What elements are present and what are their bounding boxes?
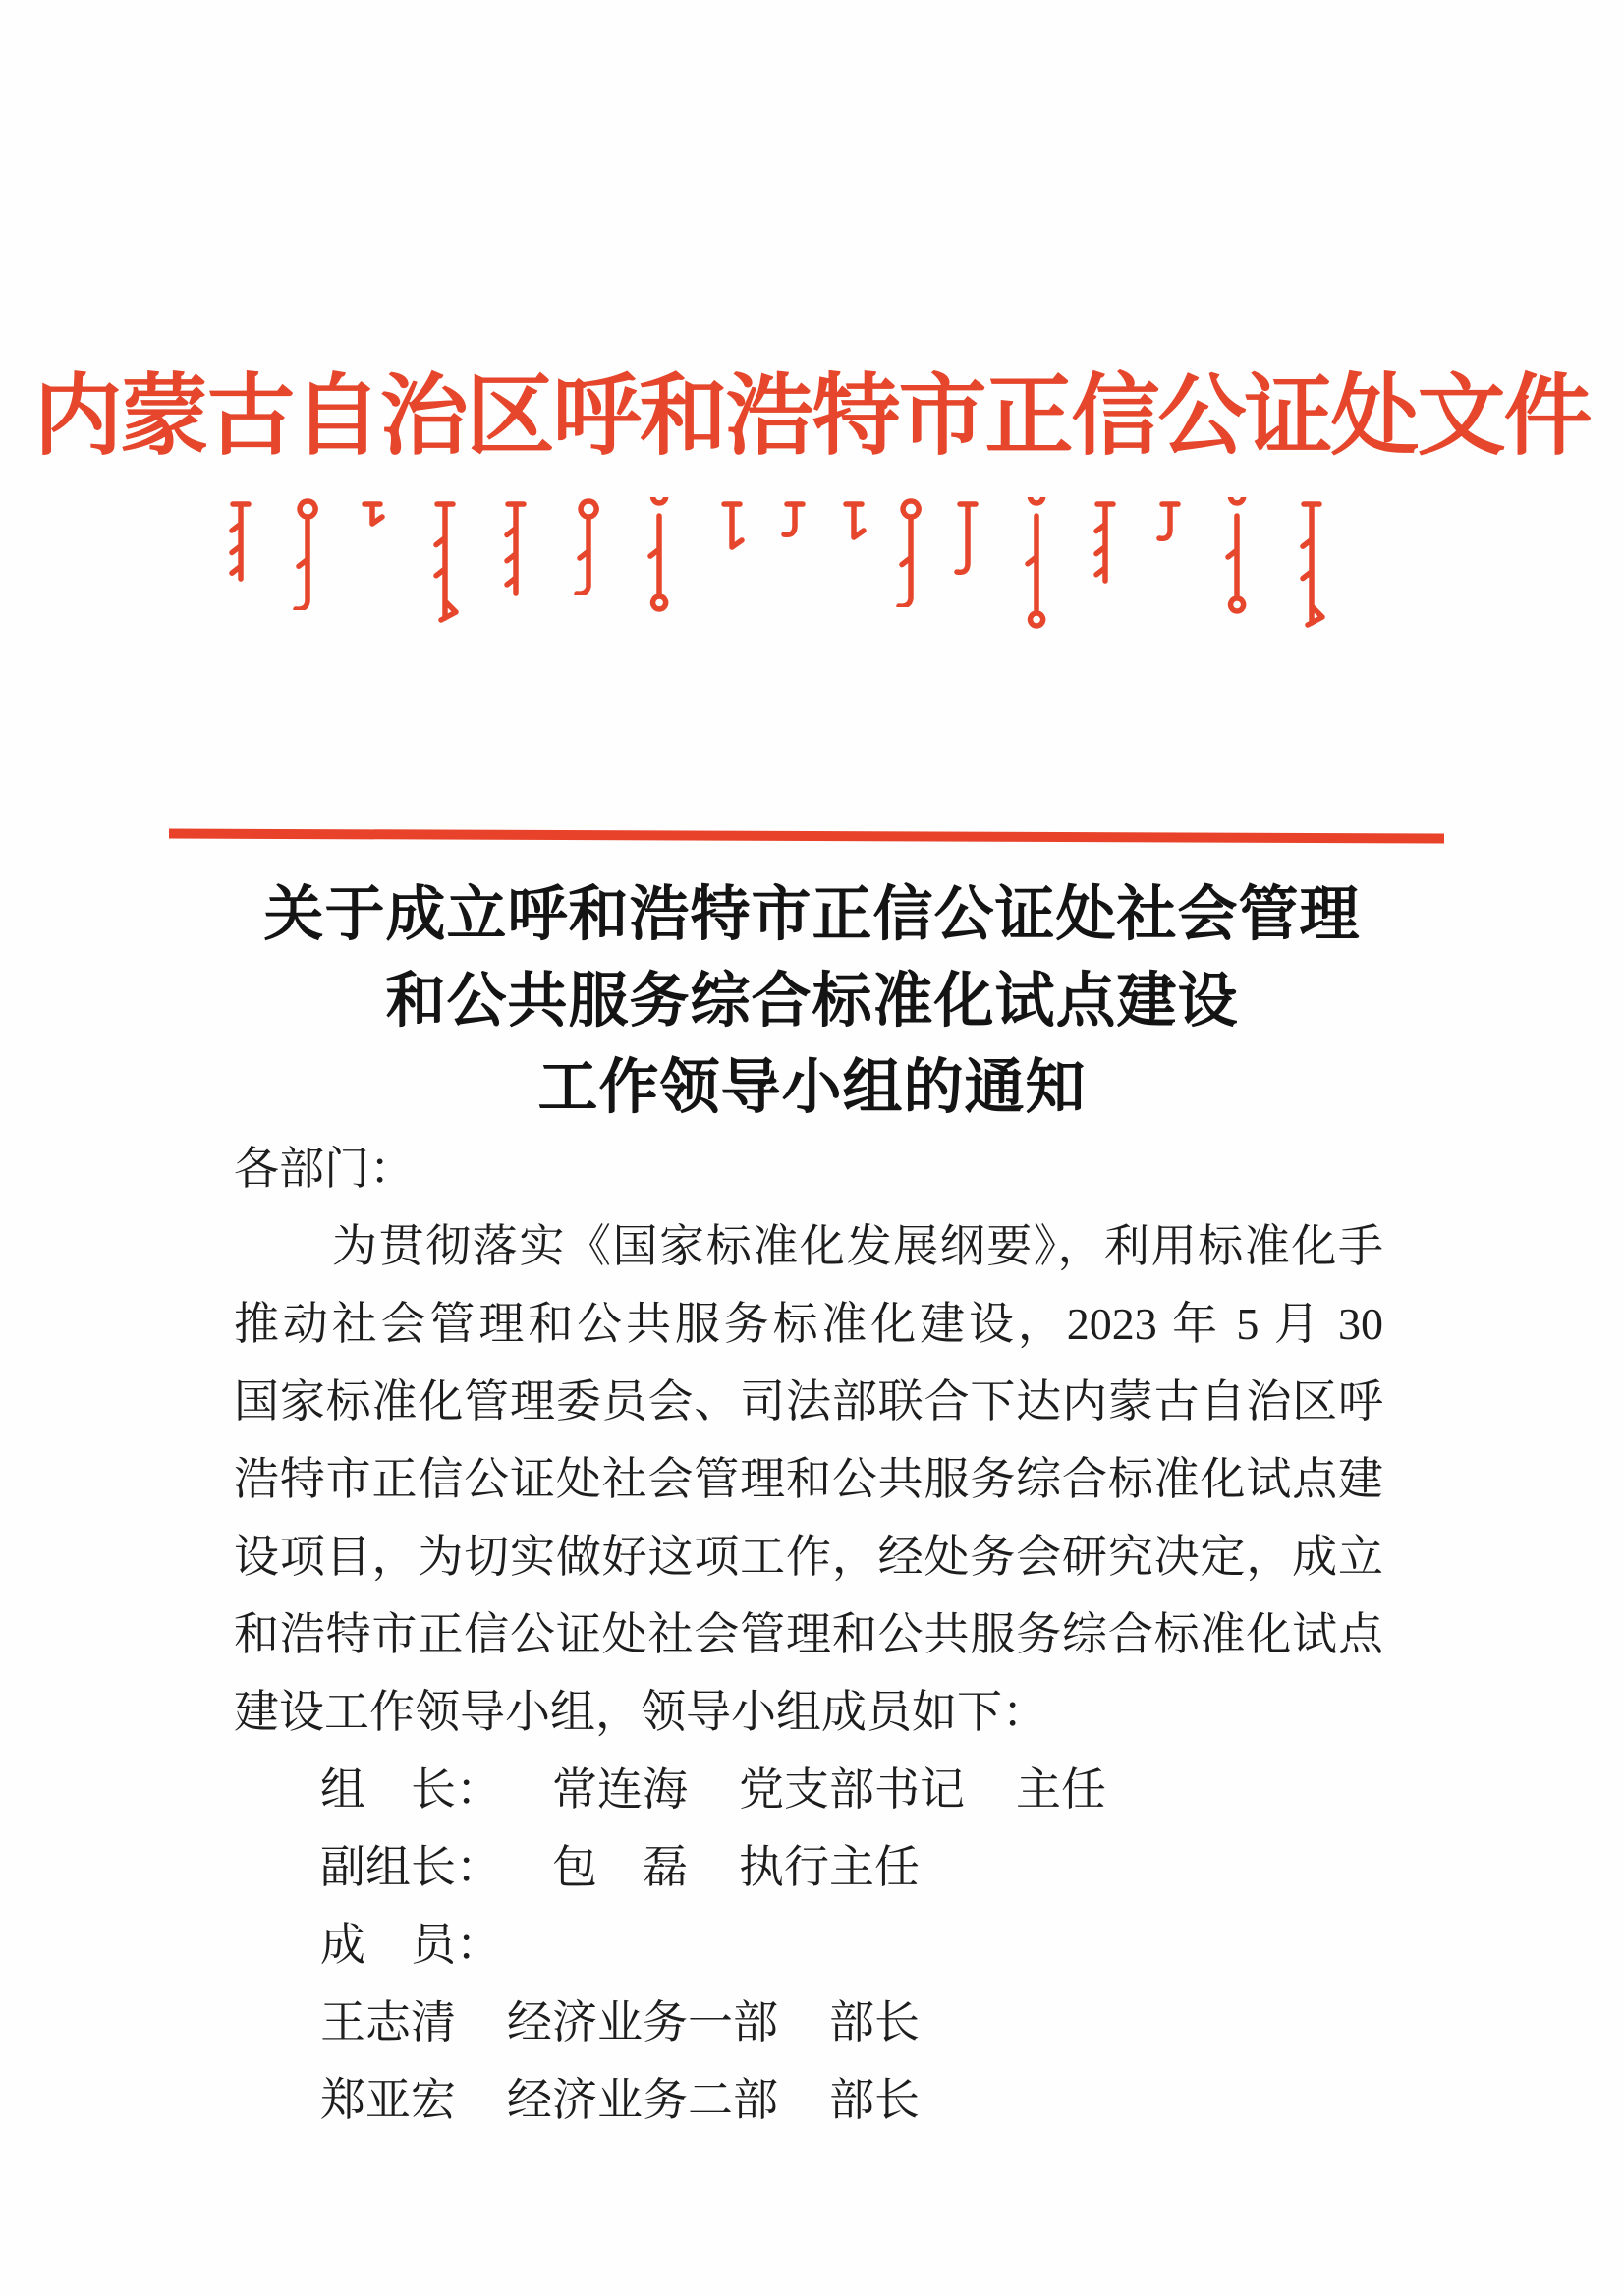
roster-part: 常连海: [552, 1751, 688, 1828]
body-line: 推动社会管理和公共服务标准化建设，2023 年 5 月 30 日，: [234, 1285, 1383, 1363]
roster-part: 组 长：: [320, 1751, 501, 1828]
document-title: 关于成立呼和浩特市正信公证处社会管理 和公共服务综合标准化试点建设 工作领导小组…: [0, 872, 1624, 1132]
mongolian-script-glyph: [1020, 497, 1053, 630]
roster-row: 王志清经济业务一部部长: [234, 1984, 1383, 2061]
letterhead-red-rule: [169, 829, 1444, 844]
roster-part: 部长: [829, 1984, 920, 2061]
scanned-document-page: 内蒙古自治区呼和浩特市正信公证处文件 关于成立呼和浩特市正信公证处社会管理 和公…: [0, 0, 1624, 2296]
mongolian-script-glyph: [778, 497, 812, 538]
mongolian-script-glyph: [715, 497, 749, 556]
roster-part: 经济业务一部: [507, 1984, 778, 2061]
mongolian-script-glyph: [428, 497, 462, 625]
roster-part: 执行主任: [739, 1828, 920, 1906]
body-line: 国家标准化管理委员会、司法部联合下达内蒙古自治区呼和: [234, 1363, 1383, 1440]
mongolian-script-glyph: [291, 497, 324, 610]
roster-part: 成 员：: [320, 1906, 501, 1984]
roster-part: 经济业务二部: [507, 2061, 778, 2139]
mongolian-script-glyph: [499, 497, 532, 600]
mongolian-script-glyph: [1089, 497, 1122, 588]
roster-row: 组 长：常连海党支部书记主任: [234, 1751, 1383, 1828]
salutation: 各部门：: [234, 1130, 1383, 1207]
mongolian-script-glyph: [951, 497, 984, 576]
document-title-line-1: 关于成立呼和浩特市正信公证处社会管理: [0, 872, 1624, 959]
roster-part: 王志清: [320, 1984, 456, 2061]
roster-row: 副组长：包 磊执行主任: [234, 1828, 1383, 1906]
body-line: 建设工作领导小组，领导小组成员如下：: [234, 1673, 1383, 1751]
mongolian-script-glyph: [894, 497, 927, 607]
mongolian-script-glyph: [643, 497, 676, 613]
roster-row: 成 员：: [234, 1906, 1383, 1984]
mongolian-script-glyph: [837, 497, 870, 546]
mongolian-script-line: [0, 497, 1624, 664]
roster-part: 主任: [1016, 1751, 1106, 1828]
roster-part: 副组长：: [320, 1828, 501, 1906]
mongolian-script-glyph: [1220, 497, 1254, 615]
body-line: 为贯彻落实《国家标准化发展纲要》，利用标准化手段: [234, 1207, 1383, 1285]
mongolian-script-glyph: [572, 497, 605, 595]
document-body: 各部门： 为贯彻落实《国家标准化发展纲要》，利用标准化手段推动社会管理和公共服务…: [234, 1130, 1383, 2139]
body-line: 设项目，为切实做好这项工作，经处务会研究决定，成立呼: [234, 1518, 1383, 1596]
document-title-line-2: 和公共服务综合标准化试点建设: [0, 959, 1624, 1045]
mongolian-script-glyph: [1295, 497, 1328, 630]
mongolian-script-glyph: [356, 497, 389, 532]
body-line: 浩特市正信公证处社会管理和公共服务综合标准化试点建: [234, 1440, 1383, 1518]
document-title-line-3: 工作领导小组的通知: [0, 1045, 1624, 1132]
roster-part: 郑亚宏: [320, 2061, 456, 2139]
letterhead-org-title: 内蒙古自治区呼和浩特市正信公证处文件: [0, 344, 1624, 472]
roster-part: 包 磊: [552, 1828, 688, 1906]
roster-row: 郑亚宏经济业务二部部长: [234, 2061, 1383, 2139]
roster-part: 部长: [829, 2061, 920, 2139]
body-line: 和浩特市正信公证处社会管理和公共服务综合标准化试点: [234, 1596, 1383, 1673]
mongolian-script-glyph: [1153, 497, 1187, 542]
mongolian-script-glyph: [224, 497, 257, 586]
roster-part: 党支部书记: [739, 1751, 965, 1828]
body-paragraph: 为贯彻落实《国家标准化发展纲要》，利用标准化手段推动社会管理和公共服务标准化建设…: [234, 1207, 1383, 1751]
roster: 组 长：常连海党支部书记主任副组长：包 磊执行主任成 员：王志清经济业务一部部长…: [234, 1751, 1383, 2139]
